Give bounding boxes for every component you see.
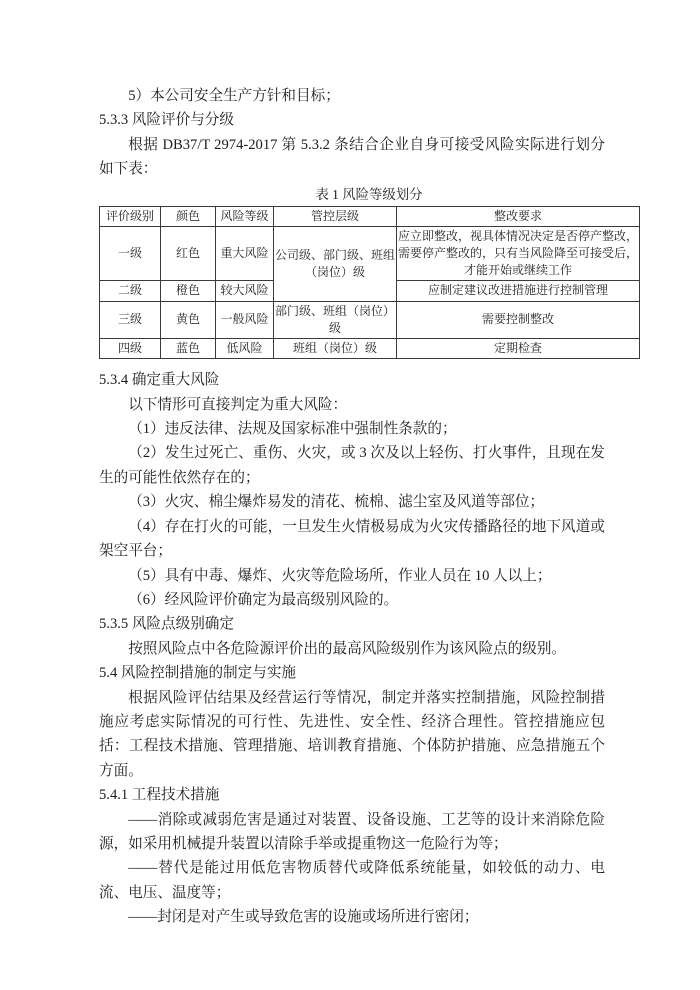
list-item-1: （1）违反法律、法规及国家标准中强制性条款的； — [99, 417, 605, 441]
list-item-3: （3）火灾、棉尘爆炸易发的清花、梳棉、滤尘室及风道等部位； — [99, 490, 605, 514]
paragraph-5-3-3: 根据 DB37/T 2974-2017 第 5.3.2 条结合企业自身可接受风险… — [99, 133, 605, 182]
cell-risk-grade: 低风险 — [216, 339, 274, 359]
list-item-6: （6）经风险评价确定为最高级别风险的。 — [99, 588, 605, 612]
cell-color: 黄色 — [161, 301, 216, 338]
list-item-5: 5）本公司安全生产方针和目标； — [99, 84, 605, 108]
section-heading-5-3-3: 5.3.3 风险评价与分级 — [99, 108, 605, 132]
cell-color: 蓝色 — [161, 339, 216, 359]
list-item-2: （2）发生过死亡、重伤、火灾，或 3 次及以上轻伤、打火事件，且现在发生的可能性… — [99, 441, 605, 490]
cell-requirement: 应制定建议改进措施进行控制管理 — [397, 281, 640, 301]
dash-item-enclose: ——封闭是对产生或导致危害的设施或场所进行密闭； — [99, 905, 605, 929]
list-item-4: （4）存在打火的可能，一旦发生火情极易成为火灾传播路径的地下风道或架空平台； — [99, 515, 605, 564]
cell-control-level: 公司级、部门级、班组（岗位）级 — [274, 226, 397, 301]
section-heading-5-3-5: 5.3.5 风险点级别确定 — [99, 612, 605, 636]
cell-level: 三级 — [100, 301, 161, 338]
cell-level: 一级 — [100, 226, 161, 281]
cell-control-level: 班组（岗位）级 — [274, 339, 397, 359]
paragraph-5-3-5: 按照风险点中各危险源评价出的最高风险级别作为该风险点的级别。 — [99, 637, 605, 661]
header-control-level: 管控层级 — [274, 206, 397, 226]
cell-control-level: 部门级、班组（岗位）级 — [274, 301, 397, 338]
document-page: 5）本公司安全生产方针和目标； 5.3.3 风险评价与分级 根据 DB37/T … — [0, 0, 700, 990]
table-row-level-1: 一级 红色 重大风险 公司级、部门级、班组（岗位）级 应立即整改，视具体情况决定… — [100, 226, 640, 281]
cell-level: 二级 — [100, 281, 161, 301]
header-rectification-requirement: 整改要求 — [397, 206, 640, 226]
dash-item-eliminate: ——消除或减弱危害是通过对装置、设备设施、工艺等的设计来消除危险源，如采用机械提… — [99, 808, 605, 857]
risk-table-block: 表 1 风险等级划分 评价级别 颜色 风险等级 管控层级 整改要求 — [99, 184, 639, 360]
paragraph-5-3-4-intro: 以下情形可直接判定为重大风险： — [99, 393, 605, 417]
cell-risk-grade: 较大风险 — [216, 281, 274, 301]
cell-risk-grade: 重大风险 — [216, 226, 274, 281]
risk-level-table: 评价级别 颜色 风险等级 管控层级 整改要求 一级 红色 重大风险 公司级、部门… — [99, 206, 640, 360]
section-heading-5-3-4: 5.3.4 确定重大风险 — [99, 368, 605, 392]
header-color: 颜色 — [161, 206, 216, 226]
table-row-level-3: 三级 黄色 一般风险 部门级、班组（岗位）级 需要控制整改 — [100, 301, 640, 338]
header-risk-grade: 风险等级 — [216, 206, 274, 226]
table-caption: 表 1 风险等级划分 — [99, 184, 639, 206]
cell-requirement: 定期检查 — [397, 339, 640, 359]
cell-color: 红色 — [161, 226, 216, 281]
document-content: 5）本公司安全生产方针和目标； 5.3.3 风险评价与分级 根据 DB37/T … — [99, 84, 605, 930]
paragraph-5-4: 根据风险评估结果及经营运行等情况，制定并落实控制措施，风险控制措施应考虑实际情况… — [99, 686, 605, 784]
dash-item-substitute: ——替代是能过用低危害物质替代或降低系统能量，如较低的动力、电流、电压、温度等； — [99, 856, 605, 905]
section-heading-5-4-1: 5.4.1 工程技术措施 — [99, 783, 605, 807]
table-header-row: 评价级别 颜色 风险等级 管控层级 整改要求 — [100, 206, 640, 226]
cell-requirement: 需要控制整改 — [397, 301, 640, 338]
cell-risk-grade: 一般风险 — [216, 301, 274, 338]
table-row-level-4: 四级 蓝色 低风险 班组（岗位）级 定期检查 — [100, 339, 640, 359]
cell-level: 四级 — [100, 339, 161, 359]
cell-requirement: 应立即整改，视具体情况决定是否停产整改，需要停产整改的，只有当风险降至可接受后，… — [397, 226, 640, 281]
section-heading-5-4: 5.4 风险控制措施的制定与实施 — [99, 661, 605, 685]
cell-color: 橙色 — [161, 281, 216, 301]
header-evaluation-level: 评价级别 — [100, 206, 161, 226]
list-item-5b: （5）具有中毒、爆炸、火灾等危险场所，作业人员在 10 人以上； — [99, 564, 605, 588]
